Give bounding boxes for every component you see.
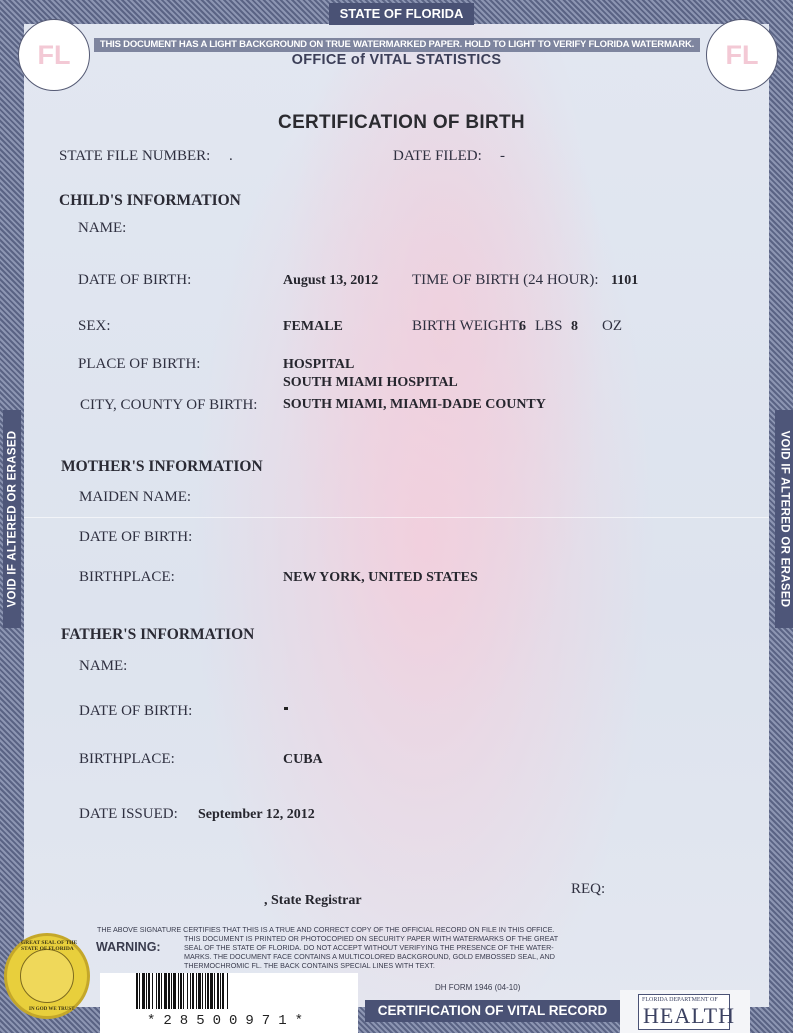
warning-line-3: MARKS. THE DOCUMENT FACE CONTAINS A MULT… bbox=[184, 952, 555, 961]
certification-of-vital-record-band: CERTIFICATION OF VITAL RECORD bbox=[365, 1000, 620, 1022]
void-text-left: VOID IF ALTERED OR ERASED bbox=[6, 431, 18, 608]
state-registrar-signature-line: , State Registrar bbox=[264, 893, 362, 909]
barcode-number: *28500971* bbox=[100, 1013, 358, 1029]
child-dob-value: August 13, 2012 bbox=[283, 273, 378, 289]
weight-label: BIRTH WEIGHT: bbox=[412, 318, 522, 335]
mother-birthplace-value: NEW YORK, UNITED STATES bbox=[283, 570, 478, 586]
req-label: REQ: bbox=[571, 881, 605, 898]
florida-health-logo: FLORIDA DEPARTMENT OF HEALTH bbox=[638, 994, 730, 1030]
city-county-value: SOUTH MIAMI, MIAMI-DADE COUNTY bbox=[283, 397, 546, 413]
void-band-left: VOID IF ALTERED OR ERASED bbox=[3, 410, 21, 628]
warning-line-2: SEAL OF THE STATE OF FLORIDA. DO NOT ACC… bbox=[184, 943, 554, 952]
health-logo-word: HEALTH bbox=[643, 1003, 735, 1029]
barcode-bars bbox=[136, 973, 324, 1009]
date-issued-label: DATE ISSUED: bbox=[79, 806, 178, 823]
seal-motto: IN GOD WE TRUST bbox=[29, 1007, 75, 1012]
place-name-value: SOUTH MIAMI HOSPITAL bbox=[283, 375, 458, 391]
date-issued-value: September 12, 2012 bbox=[198, 807, 315, 823]
city-county-label: CITY, COUNTY OF BIRTH: bbox=[80, 397, 257, 414]
watermark-notice: THIS DOCUMENT HAS A LIGHT BACKGROUND ON … bbox=[94, 38, 700, 52]
ink-mark bbox=[284, 707, 288, 710]
child-name-label: NAME: bbox=[78, 220, 126, 237]
form-number: DH FORM 1946 (04-10) bbox=[435, 983, 520, 992]
weight-lbs-unit: LBS bbox=[535, 318, 563, 335]
seal-emblem bbox=[20, 949, 74, 1003]
fold-crease bbox=[24, 517, 769, 518]
father-birthplace-value: CUBA bbox=[283, 752, 323, 768]
tob-label: TIME OF BIRTH (24 HOUR): bbox=[412, 272, 599, 289]
sex-label: SEX: bbox=[78, 318, 111, 335]
state-file-number-value: . bbox=[229, 148, 233, 165]
father-dob-label: DATE OF BIRTH: bbox=[79, 703, 192, 720]
void-text-right: VOID IF ALTERED OR ERASED bbox=[778, 431, 790, 608]
child-heading: CHILD'S INFORMATION bbox=[59, 192, 241, 210]
sex-value: FEMALE bbox=[283, 319, 343, 335]
father-birthplace-label: BIRTHPLACE: bbox=[79, 751, 175, 768]
place-type-value: HOSPITAL bbox=[283, 357, 354, 373]
document-title: CERTIFICATION OF BIRTH bbox=[0, 112, 793, 134]
weight-oz-value: 8 bbox=[571, 319, 578, 335]
father-name-label: NAME: bbox=[79, 658, 127, 675]
tob-value: 1101 bbox=[611, 273, 638, 289]
barcode: *28500971* bbox=[100, 973, 358, 1033]
weight-lbs-value: 6 bbox=[519, 319, 526, 335]
mother-heading: MOTHER'S INFORMATION bbox=[61, 458, 263, 476]
date-filed-label: DATE FILED: bbox=[393, 148, 482, 165]
date-filed-value: - bbox=[500, 148, 505, 165]
office-title: OFFICE of VITAL STATISTICS bbox=[0, 52, 793, 68]
place-of-birth-label: PLACE OF BIRTH: bbox=[78, 356, 200, 373]
certificate-paper bbox=[24, 24, 769, 1007]
seal-ring-text: GREAT SEAL OF THE STATE OF FLORIDA bbox=[21, 940, 87, 952]
mother-birthplace-label: BIRTHPLACE: bbox=[79, 569, 175, 586]
warning-line-1: THIS DOCUMENT IS PRINTED OR PHOTOCOPIED … bbox=[184, 934, 558, 943]
weight-oz-unit: OZ bbox=[602, 318, 622, 335]
warning-label: WARNING: bbox=[96, 940, 161, 954]
mother-maiden-name-label: MAIDEN NAME: bbox=[79, 489, 191, 506]
father-heading: FATHER'S INFORMATION bbox=[61, 626, 254, 644]
state-file-number-label: STATE FILE NUMBER: bbox=[59, 148, 210, 165]
child-dob-label: DATE OF BIRTH: bbox=[78, 272, 191, 289]
mother-dob-label: DATE OF BIRTH: bbox=[79, 529, 192, 546]
warning-line-4: THERMOCHROMIC FL. THE BACK CONTAINS SPEC… bbox=[184, 961, 435, 970]
great-seal-of-florida: GREAT SEAL OF THE STATE OF FLORIDA IN GO… bbox=[4, 933, 90, 1019]
state-banner: STATE OF FLORIDA bbox=[329, 3, 474, 25]
void-band-right: VOID IF ALTERED OR ERASED bbox=[775, 410, 793, 628]
certify-text: THE ABOVE SIGNATURE CERTIFIES THAT THIS … bbox=[97, 925, 555, 934]
